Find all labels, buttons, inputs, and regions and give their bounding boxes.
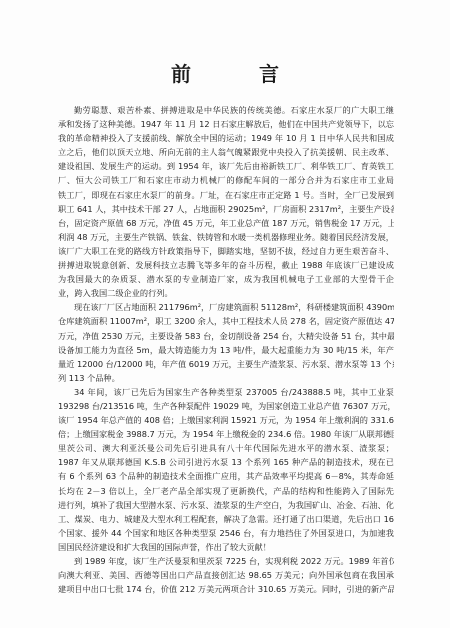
paragraph-1-line: 为我国最大的杂质泵、潜水泵的专业制造厂家，成为我国机械电子工业部的大型骨干企 bbox=[58, 272, 394, 286]
paragraph-1-line: 业，跨入我国二级企业的行列。 bbox=[58, 286, 394, 300]
paragraph-1-line: 该厂广大职工在党的路线方针政策指导下，脚踏实地，坚韧不拔，经过自力更生艰苦奋斗、 bbox=[58, 244, 394, 258]
paragraph-3-line: 进行列，填补了我国大型潜水泵、污水泵、渣浆泵的生产空白，为我国矿山、冶金、石油、… bbox=[58, 498, 394, 512]
document-page: 前言 勤劳聪慧、艰苦朴素、拼搏进取是中华民族的传统美德。石家庄水泵厂的广大职工继… bbox=[0, 0, 450, 628]
paragraph-2-line: 列 113 个品种。 bbox=[58, 371, 394, 385]
paragraph-4-line: 到 1989 年度，该厂生产沃曼泵和里茨泵 7225 台，实现利税 2022 万… bbox=[58, 554, 394, 568]
paragraph-3-line: 该厂 1954 年总产值的 408 倍；上缴国家利润 15921 万元，为 19… bbox=[58, 413, 394, 427]
paragraph-2-line: 现在该厂厂区占地面积 211796m²，厂房建筑面积 51128m²，科研楼建筑… bbox=[58, 300, 394, 314]
paragraph-3-line: 工、煤炭、电力、城建及大型水利工程配套，解决了急需。还打通了出口渠道，先后出口 … bbox=[58, 512, 394, 526]
paragraph-2-line: 万元，净值 2530 万元，主要设备 583 台，金切削设备 254 台，大精尖… bbox=[58, 329, 394, 343]
paragraph-1-line: 立之后，他们以顶天立地、所向无前的主人翁气魄紧跟党中央投入了抗美援朝、民主改革、 bbox=[58, 145, 394, 159]
paragraph-1-line: 拼搏进取锐意创新、发展科技立志腾飞等多年的奋斗历程，截止 1988 年底该厂已建… bbox=[58, 258, 394, 272]
paragraph-1-line: 勤劳聪慧、艰苦朴素、拼搏进取是中华民族的传统美德。石家庄水泵厂的广大职工继 bbox=[58, 103, 394, 117]
document-body: 勤劳聪慧、艰苦朴素、拼搏进取是中华民族的传统美德。石家庄水泵厂的广大职工继 承和… bbox=[58, 103, 394, 596]
paragraph-1-line: 承和发扬了这种美德。1947 年 11 月 12 日石家庄解放后，他们在中国共产… bbox=[58, 117, 394, 131]
paragraph-3-line: 有 6 个系列 63 个品种的制造技术全面推广应用，其产品效率平均提高 6－8%… bbox=[58, 469, 394, 483]
title-char-2: 言 bbox=[259, 58, 279, 87]
paragraph-4-line: 向澳大利亚、美国、西德等国出口产品直接创汇达 98.65 万美元；向外国承包商在… bbox=[58, 568, 394, 582]
paragraph-2-line: 量近 12000 台/12000 吨，年产值 6019 万元，主要生产渣浆泵、污… bbox=[58, 357, 394, 371]
paragraph-4-line: 建项目中出口七批 174 台，价值 212 万美元两项合计 310.65 万美元… bbox=[58, 582, 394, 596]
paragraph-2-line: 仓库建筑面积 11007m²，职工 3200 余人，其中工程技术人员 278 名… bbox=[58, 314, 394, 328]
paragraph-3-line: 里茨公司、澳大利亚沃曼公司先后引进具有八十年代国际先进水平的潜水泵、渣浆泵； bbox=[58, 441, 394, 455]
paragraph-1-line: 我的革命精神投入了支援前线、解放全中国的运动；1949 年 10 月 1 日中华… bbox=[58, 131, 394, 145]
paragraph-3-line: 34 年间，该厂已先后为国家生产各种类型泵 237005 台/243888.5 … bbox=[58, 385, 394, 399]
paragraph-3-line: 长均在 2－3 倍以上，全厂老产品全部实现了更新换代，产品的结构和性能跨入了国际… bbox=[58, 484, 394, 498]
paragraph-1-line: 铁工厂，即现在石家庄水泵厂的前身。厂址，在石家庄市正定路 1 号。当时，全厂已发… bbox=[58, 188, 394, 202]
title-char-1: 前 bbox=[171, 58, 191, 87]
paragraph-2-line: 设备加工能力为直径 5m，最大铸造能力为 13 吨/件，最大起重能力为 30 吨… bbox=[58, 343, 394, 357]
paragraph-1-line: 职工 641 人，其中技术干部 27 人，占地面积 29025m²，厂房面积 2… bbox=[58, 202, 394, 216]
page-title: 前言 bbox=[0, 58, 450, 87]
paragraph-1-line: 建设祖国、发展生产的运动。到 1954 年，该厂先后由裕新铁工厂、利华铁工厂、育… bbox=[58, 159, 394, 173]
paragraph-3-line: 倍；上缴国家税金 3988.7 万元，为 1954 年上缴税金的 234.6 倍… bbox=[58, 427, 394, 441]
paragraph-1-line: 台，固定资产原值 68 万元，净值 45 万元，年工业总产值 187 万元，销售… bbox=[58, 216, 394, 230]
paragraph-3-line: 个国家、援外 44 个国家和地区各种类型泵 2546 台，有力地挡住了外国泵进口… bbox=[58, 526, 394, 540]
paragraph-3-line: 国国民经济建设和扩大我国的国际声誉，作出了较大贡献！ bbox=[58, 540, 394, 554]
paragraph-1-line: 利润 48 万元，主要生产铁锅、铁盆、铁铸管和水暖一类机器修理业务。随着国民经济… bbox=[58, 230, 394, 244]
paragraph-1-line: 厂、恒大公司铁工厂和石家庄市动力机械厂的修配车间的一部分合并为石家庄市工业局 bbox=[58, 173, 394, 187]
paragraph-3-line: 193298 台/213516 吨，生产各种泵配件 19029 吨，为国家创造工… bbox=[58, 399, 394, 413]
paragraph-3-line: 1987 年又从联邦德国 K.S.B 公司引进污水泵 13 个系列 165 种产… bbox=[58, 455, 394, 469]
